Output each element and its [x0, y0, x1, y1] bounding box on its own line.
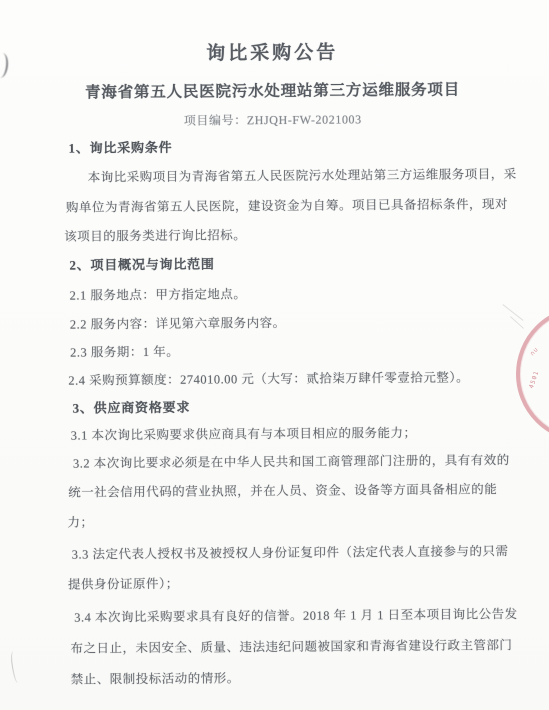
- project-number-value: ZHJQH-FW-2021003: [247, 112, 362, 127]
- document-content: 询比采购公告 青海省第五人民医院污水处理站第三方运维服务项目 项目编号：ZHJQ…: [0, 0, 549, 710]
- section-1-line-2: 购单位为青海省第五人民医院，建设资金为自筹。项目已具备招标条件，现对: [66, 196, 508, 215]
- section-1-heading: 1、询比采购条件: [68, 140, 172, 157]
- document-subtitle: 青海省第五人民医院污水处理站第三方运维服务项目: [0, 82, 547, 102]
- section-2-item-1: 2.1 服务地点：甲方指定地点。: [70, 286, 247, 303]
- section-2-item-4: 2.4 采购预算额度：274010.00 元（大写：贰拾柒万肆仟零壹拾元整）。: [68, 369, 469, 388]
- section-2-item-2: 2.2 服务内容：详见第六章服务内容。: [70, 315, 286, 333]
- section-3-line-9: 禁止、限制投标活动的情形。: [71, 670, 240, 687]
- project-number-line: 项目编号：ZHJQH-FW-2021003: [0, 110, 547, 130]
- section-2-heading: 2、项目概况与询比范围: [69, 256, 214, 273]
- document-title: 询比采购公告: [0, 44, 547, 64]
- scanned-document-page: 询比采购公告 青海省第五人民医院污水处理站第三方运维服务项目 项目编号：ZHJQ…: [0, 0, 549, 710]
- section-3-line-5: 3.3 法定代表人授权书及被授权人身份证复印件（法定代表人直接参与的只需: [72, 543, 509, 562]
- project-number-label: 项目编号：: [184, 113, 247, 127]
- section-3-heading: 3、供应商资格要求: [72, 400, 190, 417]
- section-3-line-8: 布之日止，未因安全、质量、违法违纪问题被国家和青海省建设行政主管部门: [70, 637, 512, 656]
- section-3-line-4: 力；: [67, 514, 93, 530]
- section-1-line-3: 该项目的服务类进行询比招标。: [64, 227, 246, 244]
- section-3-line-3: 统一社会信用代码的营业执照，并在人员、资金、设备等方面具备相应的能: [68, 481, 497, 500]
- section-3-line-2: 3.2 本次询比要求必须是在中华人民共和国工商管理部门注册的，具有有效的: [73, 452, 510, 471]
- stamp-text-fragment: 4501: [528, 370, 540, 390]
- section-2-item-3: 2.3 服务期：1 年。: [70, 344, 179, 361]
- section-1-line-1: 本询比采购项目为青海省第五人民医院污水处理站第三方运维服务项目，采: [88, 166, 517, 185]
- stamp-text-fragment: ∩∪: [529, 346, 540, 358]
- section-3-line-7: 3.4 本次询比采购要求具有良好的信誉。2018 年 1 月 1 日至本项目询比…: [74, 606, 518, 625]
- section-3-line-6: 提供身份证原件）；: [68, 576, 179, 593]
- section-3-line-1: 3.1 本次询比采购要求供应商具有与本项目相应的服务能力；: [71, 425, 417, 444]
